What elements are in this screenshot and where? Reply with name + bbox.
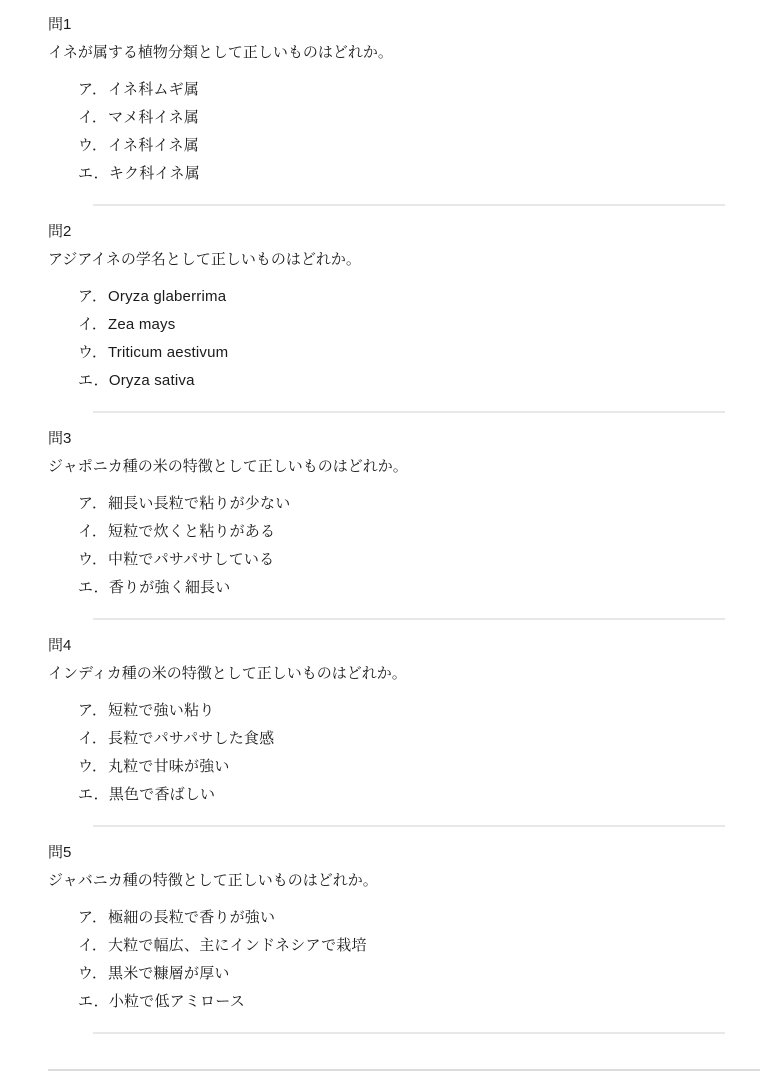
option-text: 黒色で香ばしい [109, 786, 215, 803]
option-text: 短粒で強い粘り [108, 702, 214, 719]
option-row-u: ウ．黒米で糠層が厚い [78, 964, 760, 984]
question-number: 問1 [48, 15, 760, 35]
options-list: ア．Oryza glaberrima イ．Zea mays ウ．Triticum… [78, 287, 760, 391]
option-marker: ウ． [78, 757, 108, 777]
options-list: ア．イネ科ムギ属 イ．マメ科イネ属 ウ．イネ科イネ属 エ．キク科イネ属 [78, 80, 760, 184]
question-block-4: 問4 インディカ種の米の特徴として正しいものはどれか。 ア．短粒で強い粘り イ．… [48, 636, 760, 827]
option-row-e: エ．小粒で低アミロース [78, 992, 760, 1012]
option-text: Triticum aestivum [108, 344, 228, 361]
option-text: 短粒で炊くと粘りがある [108, 523, 275, 540]
question-block-1: 問1 イネが属する植物分類として正しいものはどれか。 ア．イネ科ムギ属 イ．マメ… [48, 15, 760, 206]
option-marker: イ． [78, 315, 108, 335]
option-marker: ア． [78, 701, 108, 721]
question-divider [93, 204, 725, 206]
option-text: 大粒で幅広、主にインドネシアで栽培 [108, 937, 367, 954]
option-text: 黒米で糠層が厚い [108, 965, 230, 982]
option-text: キク科イネ属 [109, 165, 200, 182]
options-list: ア．極細の長粒で香りが強い イ．大粒で幅広、主にインドネシアで栽培 ウ．黒米で糠… [78, 908, 760, 1012]
option-text: Oryza glaberrima [108, 288, 226, 305]
question-text: インディカ種の米の特徴として正しいものはどれか。 [48, 664, 760, 684]
option-marker: イ． [78, 936, 108, 956]
option-row-u: ウ．イネ科イネ属 [78, 136, 760, 156]
option-row-a: ア．イネ科ムギ属 [78, 80, 760, 100]
quiz-document-page: 問1 イネが属する植物分類として正しいものはどれか。 ア．イネ科ムギ属 イ．マメ… [0, 0, 774, 1080]
options-list: ア．短粒で強い粘り イ．長粒でパサパサした食感 ウ．丸粒で甘味が強い エ．黒色で… [78, 701, 760, 805]
option-text: イネ科イネ属 [108, 137, 199, 154]
option-row-e: エ．香りが強く細長い [78, 578, 760, 598]
option-row-i: イ．Zea mays [78, 315, 760, 335]
option-marker: ア． [78, 80, 108, 100]
option-row-i: イ．大粒で幅広、主にインドネシアで栽培 [78, 936, 760, 956]
question-divider [93, 1032, 725, 1034]
option-text: 香りが強く細長い [109, 579, 231, 596]
option-text: 中粒でパサパサしている [108, 551, 274, 568]
option-row-e: エ．Oryza sativa [78, 371, 760, 391]
option-row-u: ウ．丸粒で甘味が強い [78, 757, 760, 777]
option-marker: エ． [78, 578, 109, 598]
option-text: Zea mays [108, 316, 175, 333]
question-divider [93, 618, 725, 620]
option-marker: イ． [78, 108, 108, 128]
option-row-u: ウ．Triticum aestivum [78, 343, 760, 363]
question-divider [93, 411, 725, 413]
option-text: 極細の長粒で香りが強い [108, 909, 275, 926]
options-list: ア．細長い長粒で粘りが少ない イ．短粒で炊くと粘りがある ウ．中粒でパサパサして… [78, 494, 760, 598]
question-block-2: 問2 アジアイネの学名として正しいものはどれか。 ア．Oryza glaberr… [48, 222, 760, 413]
option-marker: エ． [78, 164, 109, 184]
question-block-3: 問3 ジャポニカ種の米の特徴として正しいものはどれか。 ア．細長い長粒で粘りが少… [48, 429, 760, 620]
option-marker: エ． [78, 785, 109, 805]
option-row-a: ア．極細の長粒で香りが強い [78, 908, 760, 928]
option-text: 長粒でパサパサした食感 [108, 730, 274, 747]
option-row-a: ア．細長い長粒で粘りが少ない [78, 494, 760, 514]
option-marker: ウ． [78, 136, 108, 156]
option-marker: ア． [78, 908, 108, 928]
option-marker: ウ． [78, 343, 108, 363]
question-number: 問5 [48, 843, 760, 863]
option-text: マメ科イネ属 [108, 109, 199, 126]
option-text: 丸粒で甘味が強い [108, 758, 230, 775]
question-number: 問3 [48, 429, 760, 449]
option-marker: ウ． [78, 550, 108, 570]
question-number: 問2 [48, 222, 760, 242]
option-row-a: ア．Oryza glaberrima [78, 287, 760, 307]
option-text: Oryza sativa [109, 372, 195, 389]
option-row-e: エ．キク科イネ属 [78, 164, 760, 184]
question-text: ジャポニカ種の米の特徴として正しいものはどれか。 [48, 457, 760, 477]
question-text: アジアイネの学名として正しいものはどれか。 [48, 250, 760, 270]
option-text: 細長い長粒で粘りが少ない [108, 495, 290, 512]
option-marker: エ． [78, 992, 109, 1012]
option-text: 小粒で低アミロース [109, 993, 245, 1010]
option-marker: ウ． [78, 964, 108, 984]
option-marker: ア． [78, 287, 108, 307]
question-divider [93, 825, 725, 827]
option-row-i: イ．短粒で炊くと粘りがある [78, 522, 760, 542]
option-row-a: ア．短粒で強い粘り [78, 701, 760, 721]
question-number: 問4 [48, 636, 760, 656]
option-marker: ア． [78, 494, 108, 514]
option-marker: イ． [78, 729, 108, 749]
option-row-e: エ．黒色で香ばしい [78, 785, 760, 805]
question-text: イネが属する植物分類として正しいものはどれか。 [48, 43, 760, 63]
option-marker: エ． [78, 371, 109, 391]
option-row-i: イ．マメ科イネ属 [78, 108, 760, 128]
question-text: ジャバニカ種の特徴として正しいものはどれか。 [48, 871, 760, 891]
option-row-u: ウ．中粒でパサパサしている [78, 550, 760, 570]
option-marker: イ． [78, 522, 108, 542]
option-text: イネ科ムギ属 [108, 81, 199, 98]
page-bottom-divider [48, 1069, 760, 1071]
question-block-5: 問5 ジャバニカ種の特徴として正しいものはどれか。 ア．極細の長粒で香りが強い … [48, 843, 760, 1034]
option-row-i: イ．長粒でパサパサした食感 [78, 729, 760, 749]
